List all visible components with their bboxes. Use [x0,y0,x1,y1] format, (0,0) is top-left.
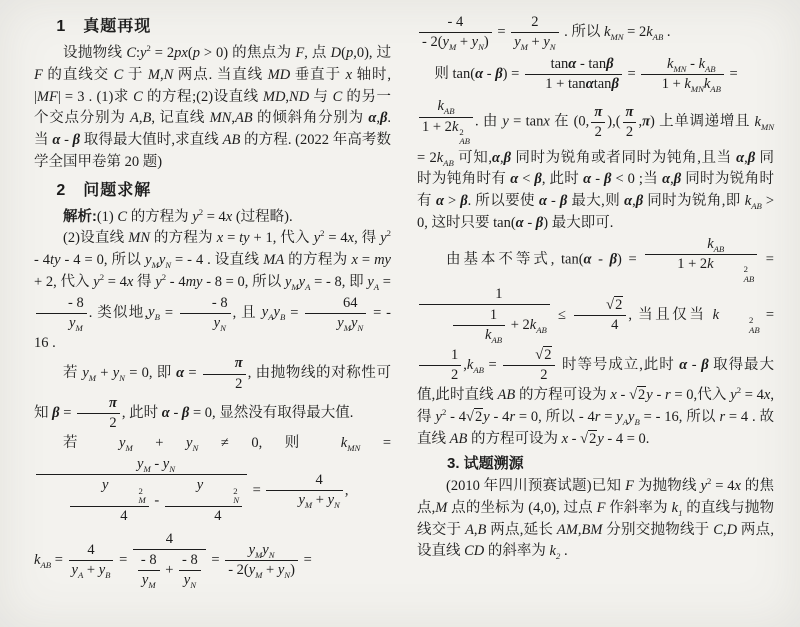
fraction: π2 [591,104,605,141]
math-subscripted: yN [159,252,171,268]
math-variable: α [584,251,592,267]
math-subscripted: yM [82,365,96,381]
math-subscripted: yM [514,34,528,50]
math-subscripted: kMN [755,114,774,130]
math-subscripted: yM [249,542,263,558]
math-variable: C [114,67,124,83]
math-variable: F [34,67,43,83]
math-variable: y [646,387,652,403]
math-variable: my [186,274,203,290]
math-variable: β [701,357,708,373]
math-variable: C [133,89,143,105]
square-root: √2 [629,386,646,403]
math-variable: α [539,193,547,209]
math-subscripted: kAB [646,24,663,40]
math-variable: x [348,230,354,246]
math-variable: F [295,45,304,61]
paragraph: (2)设直线 MN 的方程为 x = ty + 1, 代入 y2 = 4x, 得… [34,228,391,354]
math-variable: C [117,209,127,225]
math-variable: MD [268,67,291,83]
math-variable: D [727,522,737,538]
math-subscripted: kAB [437,150,454,166]
fraction: kAB1 + 2k2AB [645,236,757,284]
math-variable: α [475,66,483,82]
left-column: 1 真题再现设抛物线 C:y2 = 2px(p > 0) 的焦点为 F, 点 D… [34,10,391,623]
math-variable: π [626,104,634,120]
math-subscripted: yA [72,562,84,578]
math-subscripted: yB [274,304,286,320]
math-variable: px [174,45,188,61]
math-variable: AB [498,387,516,403]
math-variable: α [162,405,170,421]
math-variable: p [346,45,353,61]
paragraph: 解析:(1) C 的方程为 y2 = 4x (过程略). [34,207,391,229]
math-variable: π [235,355,243,371]
math-variable: β [534,171,541,187]
math-variable: AB [235,110,253,126]
fraction: - 8yN [180,295,231,332]
math-variable: β [460,193,467,209]
math-subscripted: yN [262,542,274,558]
fraction: 4- 8yM + - 8yN [133,531,206,590]
math-subscripted: kMN [684,76,703,92]
fraction: - 8yM [138,552,160,589]
math-variable: α [586,76,594,92]
math-variable: MA [263,252,284,268]
math-subscripted: yM [137,456,151,472]
math-variable: y [502,114,508,130]
math-variable: MF [37,89,58,105]
math-variable: β [636,193,643,209]
math-subscripted: kMN [341,435,360,451]
math-subscripted: yN [186,435,198,451]
fraction: 11kAB + 2kAB [419,286,550,345]
math-variable: x [543,114,549,130]
fraction: √22 [503,347,555,384]
math-subscripted: yM [119,435,133,451]
fraction: tanα - tanβ1 + tanαtanβ [525,56,622,93]
equation-line: - 4- 2(yM + yN) = 2yM + yN . 所以 kMN = 2k… [417,13,774,52]
math-subscripted: k2 [550,543,561,559]
math-subscripted: kMN [667,56,686,72]
fraction: - 8yN [179,552,201,589]
math-subscripted: yN [113,365,125,381]
fraction: 4yA + yB [69,542,114,579]
math-subscripted: yB [628,409,640,425]
equation-line: kAB = 4yA + yB = 4- 8yM + - 8yN = yMyN- … [34,530,391,591]
math-variable: α [368,110,376,126]
math-variable: B [478,522,487,538]
paragraph: (2010 年四川预赛试题)已知 F 为抛物线 y2 = 4x 的焦点,M 点的… [417,476,774,563]
square-root: √2 [580,430,597,447]
math-variable: α [679,357,687,373]
math-variable: β [495,66,502,82]
math-variable: D [331,45,341,61]
fraction: y2M4 [70,477,149,525]
fraction: 12 [419,347,461,384]
math-subscripted: yA [616,409,628,425]
math-variable: A [465,522,474,538]
math-subscripted: k1 [672,500,683,516]
math-subscripted: kAB [530,317,547,333]
math-variable: β [182,405,189,421]
math-variable: α [662,171,670,187]
math-subscripted: yA [262,304,274,320]
math-variable: β [606,56,613,72]
fraction: π2 [623,104,637,141]
math-variable: y [483,409,489,425]
math-variable: M [148,67,160,83]
math-variable: MD [263,89,286,105]
math-variable: M [435,500,447,516]
math-variable: C [126,45,136,61]
math-variable: C [333,89,343,105]
math-variable: β [52,405,59,421]
document-page: 1 真题再现设抛物线 C:y2 = 2px(p > 0) 的焦点为 F, 点 D… [0,0,800,627]
math-superscripted: y2 [314,230,325,246]
math-subscripted: kAB [467,357,484,373]
math-variable: α [52,132,60,148]
math-variable: x [127,274,133,290]
math-variable: π [594,104,602,120]
math-subscripted: yN [163,456,175,472]
math-subscripted: kAB [704,76,721,92]
math-variable: x [735,478,741,494]
math-variable: x [610,387,616,403]
math-variable: π [642,114,650,130]
square-root: √2 [535,346,552,363]
math-subscripted: yB [99,562,111,578]
math-variable: α [583,171,591,187]
math-variable: β [73,132,80,148]
math-variable: r [719,409,725,425]
math-variable: F [625,478,634,494]
math-subscripted: yN [543,34,555,50]
math-subscripted: yM [298,492,312,508]
fraction: 64yMyN [305,295,366,332]
square-root: √2 [606,296,623,313]
math-variable: α [516,215,524,231]
math-subscripted: yM [69,315,83,331]
math-variable: AB [223,132,241,148]
math-subscripted: kAB [34,552,51,568]
math-superscripted: y2 [730,387,741,403]
math-subscripted: yN [278,562,290,578]
math-variable: x [226,209,232,225]
math-variable: β [748,150,755,166]
math-variable: F [597,500,606,516]
fraction: kMN - kAB1 + kMNkAB [641,56,724,93]
math-variable: ND [289,89,309,105]
math-subscripted: kAB [745,193,762,209]
math-subscripted: kAB [699,56,716,72]
math-superscripted: y2 [155,274,166,290]
math-superscripted: y2 [436,409,447,425]
math-variable: AB [450,431,468,447]
math-subscripted: yM [145,252,159,268]
fraction: kAB1 + 2k2AB [419,98,473,146]
math-variable: β [380,110,387,126]
math-subscripted: kAB [707,236,724,252]
square-root: √2 [466,408,483,425]
math-variable: β [604,171,611,187]
fraction: - 8yM [36,295,87,332]
paragraph: 设抛物线 C:y2 = 2px(p > 0) 的焦点为 F, 点 D(p,0),… [34,43,391,174]
math-superscripted: y2 [380,230,391,246]
math-superscripted: y2 [192,209,203,225]
math-variable: y [597,431,603,447]
math-subscripted: yM [285,274,299,290]
fraction: - 4- 2(yM + yN) [419,14,492,51]
fraction: √24 [574,297,626,334]
section-heading: 1 真题再现 [34,15,391,39]
right-column: - 4- 2(yM + yN) = 2yM + yN . 所以 kMN = 2k… [417,10,774,623]
math-subscripted: yN [351,315,363,331]
math-variable: β [504,150,511,166]
math-variable: B [142,110,151,126]
math-sub-sup: y2M [102,477,146,493]
paragraph: kAB1 + 2k2AB. 由 y = tanx 在 (0,π2),(π2,π)… [417,97,774,234]
math-variable: β [611,76,618,92]
math-subscripted: kAB [485,327,502,343]
math-variable: p [193,45,200,61]
math-subscripted: kMN [604,24,623,40]
math-variable: BM [581,522,602,538]
fraction: y2N4 [165,477,242,525]
fraction: 1kAB [453,307,505,344]
math-superscripted: y2 [701,478,712,494]
math-subscripted: yN [472,34,484,50]
math-subscripted: yM [443,34,457,50]
paragraph: 若 yM + yN = 0, 即 α = π2, 由抛物线的对称性可知 β = … [34,354,391,432]
math-variable: r [665,387,671,403]
math-variable: MN [210,110,232,126]
math-variable: r [509,409,515,425]
math-variable: x [217,230,223,246]
math-subscripted: yA [367,274,379,290]
math-variable: β [674,171,681,187]
math-variable: β [610,251,617,267]
math-subscripted: kAB [437,98,454,114]
math-variable: MN [128,230,150,246]
fraction: 2yM + yN [511,14,558,51]
math-variable: A [130,110,139,126]
math-subscripted: yA [299,274,311,290]
math-subscripted: yM [142,572,156,588]
equation-line: 则 tan(α - β) = tanα - tanβ1 + tanαtanβ =… [417,55,774,94]
math-variable: α [436,193,444,209]
math-subscripted: yN [328,492,340,508]
math-superscripted: y2 [140,45,151,61]
math-variable: α [492,150,500,166]
section-heading: 3. 试题溯源 [417,453,774,476]
math-sub-sup: k2AB [452,119,470,135]
math-variable: β [560,193,567,209]
math-variable: CD [464,543,484,559]
math-variable: β [536,215,543,231]
math-subscripted: yM [337,315,351,331]
math-variable: α [510,171,518,187]
fraction: 4yM + yN [266,472,342,509]
math-variable: x [346,67,352,83]
math-variable: π [109,395,117,411]
math-variable: x [764,387,770,403]
math-subscripted: yM [249,562,263,578]
math-variable: ty [50,252,60,268]
math-variable: AM [557,522,578,538]
math-variable: my [374,252,391,268]
math-sub-sup: k2AB [707,256,754,272]
math-subscripted: yN [184,572,196,588]
math-variable: C [713,522,723,538]
fraction: yM - yNy2M4 - y2N4 [36,456,247,526]
math-subscripted: yB [148,304,160,320]
fraction: π2 [77,395,120,432]
math-subscripted: yN [214,315,226,331]
math-variable: N [164,67,174,83]
math-variable: x [562,431,568,447]
bold-label: 解析: [63,209,97,225]
math-variable: x [352,252,358,268]
fraction: π2 [203,355,246,392]
math-variable: r [595,409,601,425]
fraction: yMyN- 2(yM + yN) [225,542,298,579]
math-variable: α [624,193,632,209]
math-sub-sup: y2N [197,477,239,493]
math-sub-sup: k2AB [713,307,760,323]
math-variable: α [568,56,576,72]
math-variable: ty [239,230,249,246]
paragraph: 若 yM + yN ≠ 0, 则 kMN = yM - yNy2M4 - y2N… [34,433,391,527]
paragraph: 由基本不等式, tan(α - β) = kAB1 + 2k2AB = 11kA… [417,235,774,451]
math-variable: α [176,365,184,381]
section-heading: 2 问题求解 [34,179,391,203]
math-superscripted: y2 [93,274,104,290]
math-variable: α [736,150,744,166]
